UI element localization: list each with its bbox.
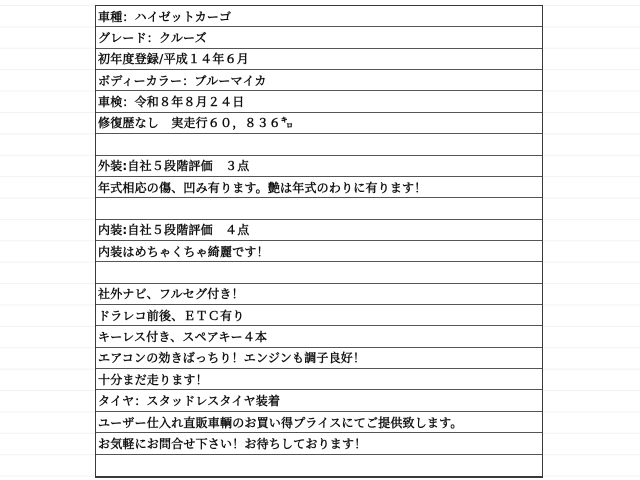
row-first-registration[interactable]: 初年度登録/平成１４年６月 <box>96 49 542 70</box>
row-repair-mileage[interactable]: 修復歴なし 実走行６０，８３６㌔ <box>96 113 542 134</box>
row-interior-rating[interactable]: 内装:自社５段階評価 ４点 <box>96 220 542 241</box>
row-exterior-comment[interactable]: 年式相応の傷、凹み有ります。艶は年式のわりに有ります！ <box>96 177 542 198</box>
vehicle-spec-sheet: 車種：ハイゼットカーゴ グレード：クルーズ 初年度登録/平成１４年６月 ボディー… <box>95 5 543 478</box>
row-empty[interactable] <box>96 134 542 155</box>
row-empty[interactable] <box>96 262 542 283</box>
row-aircon-engine[interactable]: エアコンの効きばっちり！エンジンも調子良好！ <box>96 348 542 369</box>
row-contact[interactable]: お気軽にお問合せ下さい！お待ちしております！ <box>96 433 542 454</box>
row-grade[interactable]: グレード：クルーズ <box>96 27 542 48</box>
row-body-color[interactable]: ボディーカラー：ブルーマイカ <box>96 70 542 91</box>
row-empty[interactable] <box>96 455 542 476</box>
row-vehicle-type[interactable]: 車種：ハイゼットカーゴ <box>96 6 542 27</box>
row-dashcam-etc[interactable]: ドラレコ前後、ＥＴＣ有り <box>96 305 542 326</box>
row-runs-well[interactable]: 十分まだ走ります！ <box>96 369 542 390</box>
row-price-note[interactable]: ユーザー仕入れ直販車輌のお買い得プライスにてご提供致します。 <box>96 412 542 433</box>
row-empty[interactable] <box>96 198 542 219</box>
row-tires[interactable]: タイヤ：スタッドレスタイヤ装着 <box>96 390 542 411</box>
row-navigation[interactable]: 社外ナビ、フルセグ付き！ <box>96 284 542 305</box>
row-interior-comment[interactable]: 内装はめちゃくちゃ綺麗です！ <box>96 241 542 262</box>
row-inspection[interactable]: 車検：令和８年８月２４日 <box>96 91 542 112</box>
row-exterior-rating[interactable]: 外装:自社５段階評価 ３点 <box>96 156 542 177</box>
row-keyless[interactable]: キーレス付き、スペアキー４本 <box>96 326 542 347</box>
